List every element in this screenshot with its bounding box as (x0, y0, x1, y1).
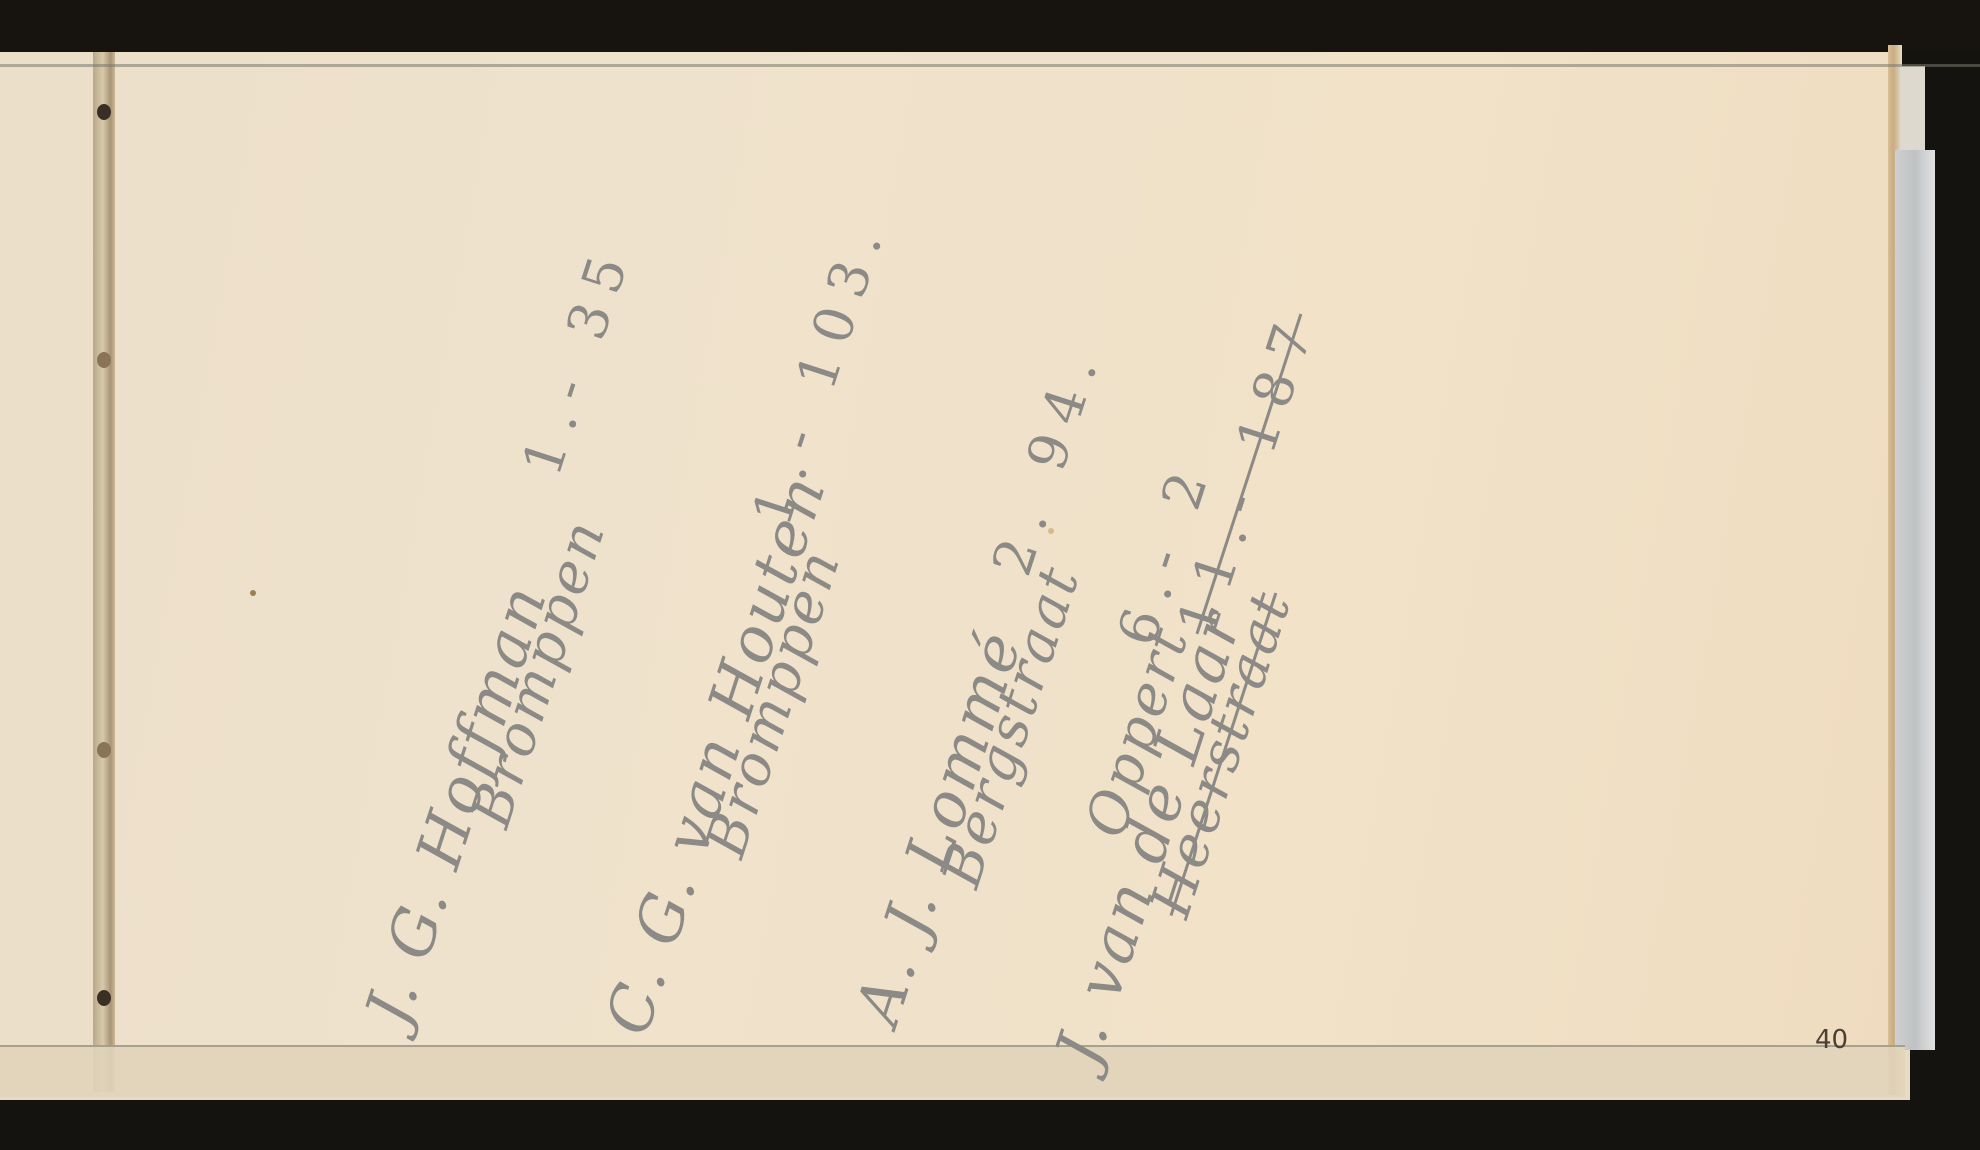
binding-stitch (97, 742, 111, 758)
scan-background-top (0, 0, 1980, 52)
mount-film-edge (0, 64, 1980, 67)
binding-stitch (97, 104, 111, 120)
page-number: 40 (1815, 1025, 1848, 1055)
paper-speck (250, 590, 256, 596)
mount-film-bottom (0, 1045, 1905, 1097)
sketchbook-page (0, 52, 1895, 1092)
binding-stitch (97, 352, 111, 368)
facing-page-edge (0, 52, 95, 1092)
binding-stitch (97, 990, 111, 1006)
mount-strip-top (1900, 66, 1925, 156)
mount-strip (1895, 150, 1935, 1050)
book-spine (93, 52, 115, 1092)
